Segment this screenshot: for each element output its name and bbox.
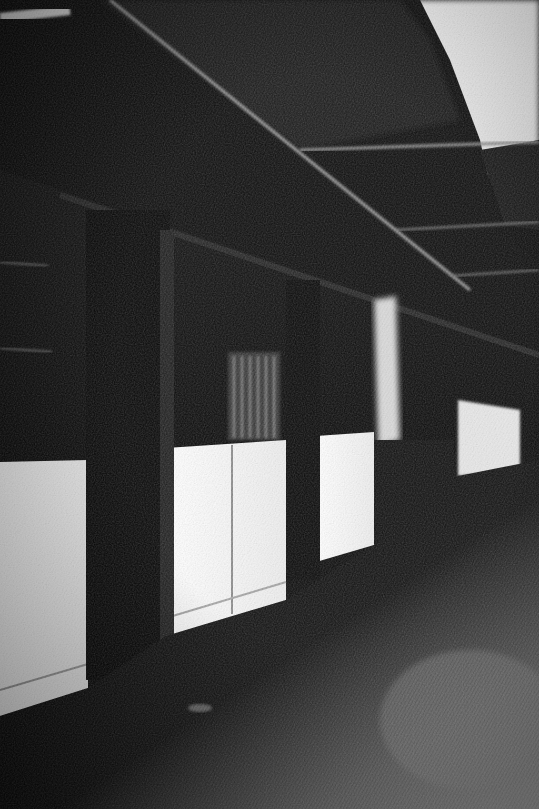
scene: [0, 0, 539, 809]
photograph: Grainy black-and-white photograph of a l…: [0, 0, 539, 809]
film-grain: [0, 0, 539, 809]
